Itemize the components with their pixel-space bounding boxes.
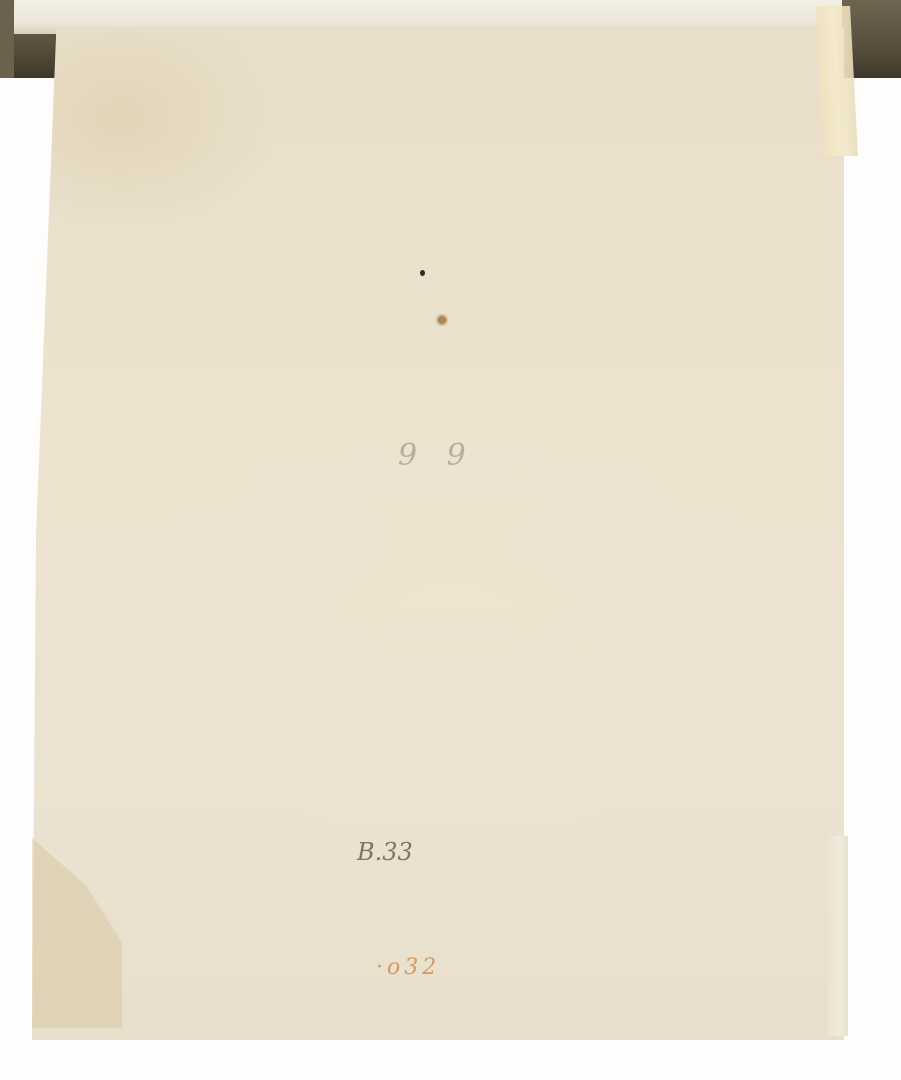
pencil-inscription-catalog: B.33	[357, 838, 413, 866]
ink-spot	[420, 270, 425, 276]
pencil-inscription-upper: 9 9	[398, 438, 476, 473]
paper-sheet	[32, 28, 844, 1040]
frame-post	[0, 0, 14, 78]
foxing-spot	[437, 315, 447, 325]
red-inscription-number: ·o32	[376, 955, 440, 980]
tape-strip-bottom	[828, 836, 848, 1036]
